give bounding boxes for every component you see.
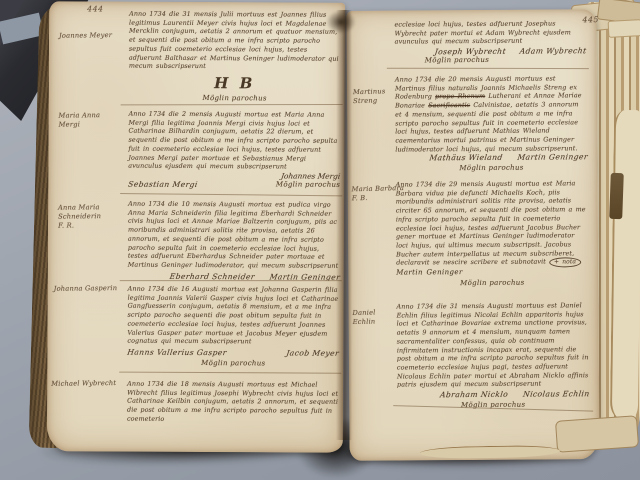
burial-entry: ecclesiae loci hujus, testes adfuerunt J… bbox=[346, 17, 596, 67]
burial-entry: Michael Wybrecht Anno 1734 die 18 mensis… bbox=[47, 375, 343, 437]
page-flap bbox=[555, 415, 639, 453]
photo-of-parish-register: 444 Joannes Meyer Anno 1734 die 31 mensi… bbox=[0, 0, 640, 480]
parochus-signature: Möglin parochus bbox=[276, 180, 340, 189]
burial-entry: Anna Maria Schneiderin F. R. Anno 1734 d… bbox=[48, 197, 344, 281]
cross-mark: + nota bbox=[549, 258, 581, 268]
page-flap bbox=[608, 19, 640, 38]
witness-signature: Jacob Meyer bbox=[286, 348, 340, 357]
entry-body: Anno 1734 die 31 mensis Julii mortuus es… bbox=[129, 10, 341, 72]
right-page: 445 ecclesiae loci hujus, testes adfueru… bbox=[346, 9, 599, 461]
parochus-signature: Möglin parochus bbox=[396, 278, 588, 287]
entry-body: Anno 1734 die 18 mensis Augusti mortuus … bbox=[127, 380, 339, 425]
entry-divider bbox=[120, 280, 342, 281]
entry-body: Anno 1734 die 20 mensis Augusti mortuus … bbox=[395, 74, 588, 154]
witness-signature: Martin Geninger bbox=[516, 153, 588, 163]
margin-note: Joannes Meyer bbox=[59, 31, 112, 41]
witness-signature: Joseph Wybrecht bbox=[434, 47, 506, 57]
witness-signature: Martin Geninger bbox=[396, 268, 462, 276]
witness-signature: Adam Wybrecht bbox=[519, 46, 587, 55]
page-number-left: 444 bbox=[87, 4, 103, 13]
struck-text: Sacrificantis bbox=[428, 101, 470, 109]
torn-page-strip bbox=[610, 110, 640, 420]
struck-text: prope Rhenum bbox=[435, 92, 485, 100]
gutter-shadow bbox=[336, 10, 352, 440]
margin-note: Anna Maria Schneiderin F. R. bbox=[58, 203, 101, 231]
entry-body: ecclesiae loci hujus, testes adfuerunt J… bbox=[395, 19, 587, 46]
burial-entry: Johanna Gasperin Anno 1734 die 16 August… bbox=[47, 282, 343, 372]
left-page: 444 Joannes Meyer Anno 1734 die 31 mensi… bbox=[47, 1, 345, 453]
edge-dark-patch bbox=[609, 173, 624, 219]
margin-note: Maria Anna Mergi bbox=[58, 111, 100, 130]
entry-body: Anno 1734 die 31 mensis Augusti mortuus … bbox=[396, 301, 589, 389]
witness-signature: Nicolaus Echlin bbox=[522, 389, 590, 398]
burial-entry: Maria Barbara F. B. Anno 1734 die 29 men… bbox=[348, 175, 599, 295]
entry-body: Anno 1734 die 16 Augusti mortua est Joha… bbox=[127, 285, 339, 347]
entry-divider bbox=[119, 372, 341, 374]
burial-entry: Martinus Streng Anno 1734 die 20 mensis … bbox=[347, 72, 598, 174]
burial-entry: Maria Anna Mergi Anno 1734 die 2 mensis … bbox=[48, 107, 344, 195]
parochus-signature: Möglin parochus bbox=[396, 164, 588, 173]
margin-note: Martinus Streng bbox=[353, 87, 386, 106]
margin-note: Johanna Gasperin bbox=[54, 284, 118, 294]
entry-body: Anno 1734 die 29 mensis Augusti mortua e… bbox=[396, 179, 589, 277]
margin-note: Daniel Echlin bbox=[352, 308, 376, 327]
witness-signature: Abraham Nicklo bbox=[440, 390, 509, 399]
entry-body: Anno 1734 die 10 mensis Augusti mortua e… bbox=[128, 200, 340, 271]
margin-note: Michael Wybrecht bbox=[51, 379, 116, 389]
parochus-signature: Möglin parochus bbox=[395, 55, 587, 64]
witness-signature: Mathäus Wieland bbox=[429, 153, 503, 163]
parochus-signature: Möglin parochus bbox=[129, 94, 341, 103]
witness-signature: Sebastian Mergi bbox=[128, 180, 199, 189]
monogram-signature: H B bbox=[129, 74, 341, 93]
burial-entry: Joannes Meyer Anno 1734 die 31 mensis Ju… bbox=[49, 7, 346, 107]
entry-body: Anno 1734 die 2 mensis Augusti mortua es… bbox=[128, 110, 340, 172]
entry-divider bbox=[387, 68, 589, 69]
page-number-right: 445 bbox=[582, 15, 598, 24]
gutter-top-smudge bbox=[326, 10, 356, 34]
witness-signature: Hanns Vallerius Gasper bbox=[127, 348, 228, 358]
burial-entry: Daniel Echlin Anno 1734 die 31 mensis Au… bbox=[348, 297, 599, 417]
parochus-signature: Möglin parochus bbox=[127, 359, 339, 368]
